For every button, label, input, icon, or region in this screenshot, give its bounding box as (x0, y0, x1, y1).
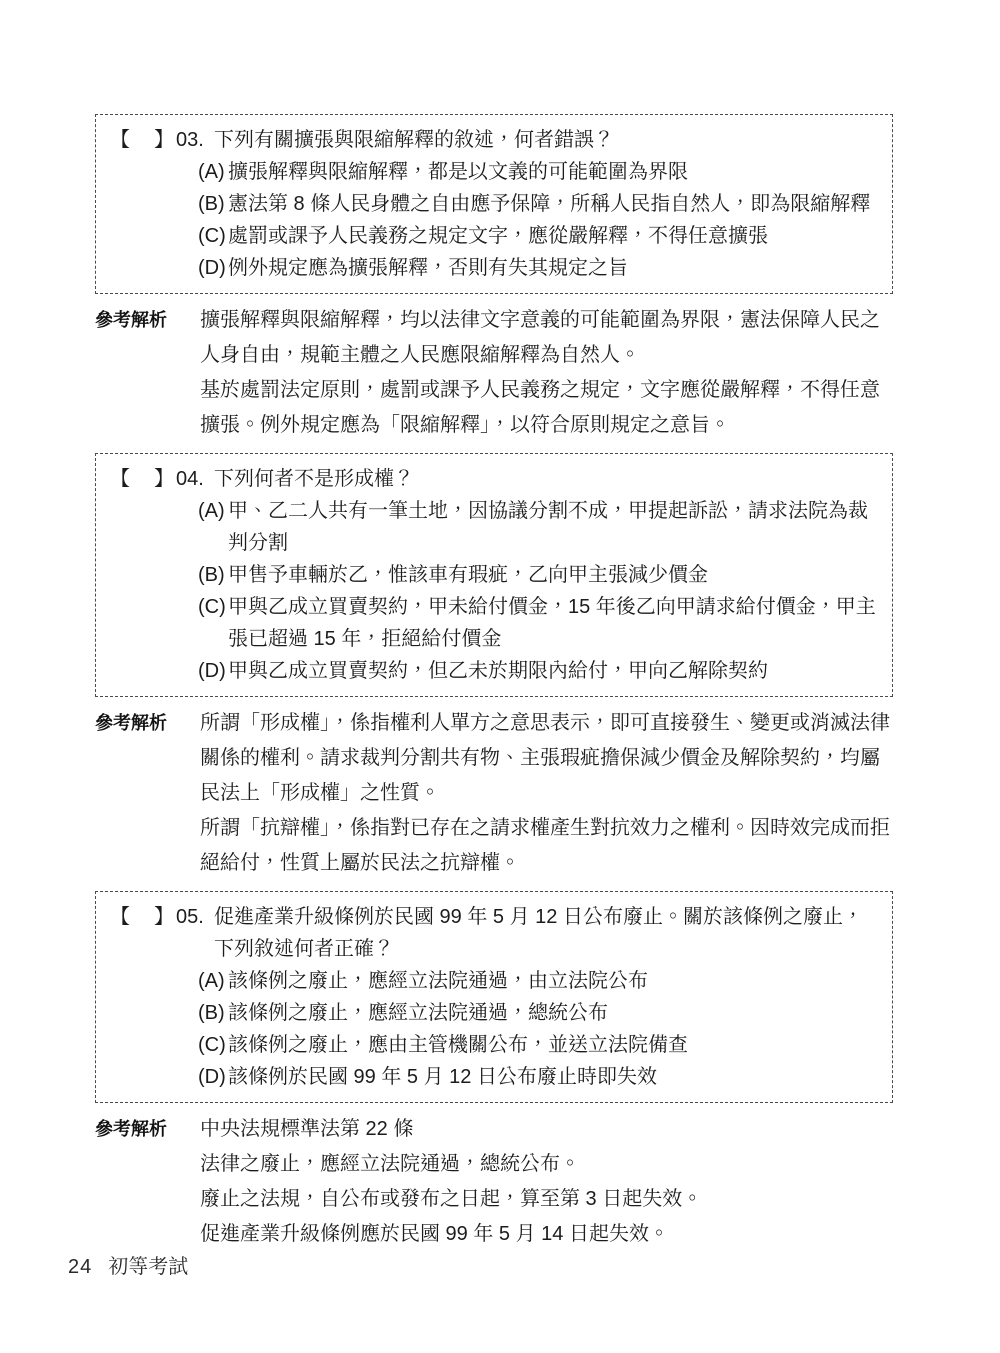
answer-bracket: 【 】 (110, 124, 176, 156)
question-number: 04. (176, 463, 214, 495)
question-number: 05. (176, 901, 214, 933)
option-row-c: (C) 甲與乙成立買賣契約，甲未給付價金，15 年後乙向甲請求給付價金，甲主張已… (198, 591, 880, 655)
page-footer: 24 初等考試 (68, 1250, 188, 1279)
option-text: 該條例之廢止，應經立法院通過，總統公布 (228, 997, 880, 1029)
options-list: (A) 甲、乙二人共有一筆土地，因協議分割不成，甲提起訴訟，請求法院為裁判分割 … (198, 495, 880, 687)
option-row-a: (A) 該條例之廢止，應經立法院通過，由立法院公布 (198, 965, 880, 997)
option-text: 該條例之廢止，應經立法院通過，由立法院公布 (228, 965, 880, 997)
option-text: 處罰或課予人民義務之規定文字，應從嚴解釋，不得任意擴張 (228, 220, 880, 252)
answer-bracket: 【 】 (110, 463, 176, 495)
question-stem-row: 【 】 04. 下列何者不是形成權？ (110, 463, 880, 495)
option-label: (C) (198, 220, 228, 252)
option-row-b: (B) 憲法第 8 條人民身體之自由應予保障，所稱人民指自然人，即為限縮解釋 (198, 188, 880, 220)
option-row-c: (C) 處罰或課予人民義務之規定文字，應從嚴解釋，不得任意擴張 (198, 220, 880, 252)
option-text: 甲、乙二人共有一筆土地，因協議分割不成，甲提起訴訟，請求法院為裁判分割 (228, 495, 880, 559)
option-label: (D) (198, 1061, 228, 1093)
option-text: 例外規定應為擴張解釋，否則有失其規定之旨 (228, 252, 880, 284)
analysis-paragraph: 基於處罰法定原則，處罰或課予人民義務之規定，文字應從嚴解釋，不得任意擴張。例外規… (200, 373, 895, 443)
option-row-b: (B) 甲售予車輛於乙，惟該車有瑕疵，乙向甲主張減少價金 (198, 559, 880, 591)
option-text: 憲法第 8 條人民身體之自由應予保障，所稱人民指自然人，即為限縮解釋 (228, 188, 880, 220)
option-text: 擴張解釋與限縮解釋，都是以文義的可能範圍為界限 (228, 156, 880, 188)
question-stem: 下列何者不是形成權？ (214, 463, 880, 495)
question-stem-row: 【 】 03. 下列有關擴張與限縮解釋的敘述，何者錯誤？ (110, 124, 880, 156)
option-text: 該條例之廢止，應由主管機關公布，並送立法院備查 (228, 1029, 880, 1061)
option-label: (D) (198, 655, 228, 687)
analysis-section-04: 參考解析 所謂「形成權」，係指權利人單方之意思表示，即可直接發生、變更或消滅法律… (95, 706, 1000, 881)
analysis-paragraph: 所謂「抗辯權」，係指對已存在之請求權產生對抗效力之權利。因時效完成而拒絕給付，性… (200, 811, 895, 881)
analysis-label: 參考解析 (95, 303, 200, 338)
option-label: (B) (198, 997, 228, 1029)
option-row-c: (C) 該條例之廢止，應由主管機關公布，並送立法院備查 (198, 1029, 880, 1061)
question-box-03: 【 】 03. 下列有關擴張與限縮解釋的敘述，何者錯誤？ (A) 擴張解釋與限縮… (95, 114, 893, 294)
analysis-section-05: 參考解析 中央法規標準法第 22 條 法律之廢止，應經立法院通過，總統公布。 廢… (95, 1112, 1000, 1252)
section-title: 初等考試 (108, 1250, 188, 1279)
option-row-a: (A) 擴張解釋與限縮解釋，都是以文義的可能範圍為界限 (198, 156, 880, 188)
analysis-paragraph: 中央法規標準法第 22 條 (200, 1112, 895, 1147)
option-text: 甲與乙成立買賣契約，甲未給付價金，15 年後乙向甲請求給付價金，甲主張已超過 1… (228, 591, 880, 655)
question-stem: 促進產業升級條例於民國 99 年 5 月 12 日公布廢止。關於該條例之廢止，下… (214, 901, 880, 965)
analysis-paragraph: 法律之廢止，應經立法院通過，總統公布。 (200, 1147, 895, 1182)
analysis-section-03: 參考解析 擴張解釋與限縮解釋，均以法律文字意義的可能範圍為界限，憲法保障人民之人… (95, 303, 1000, 443)
question-box-05: 【 】 05. 促進產業升級條例於民國 99 年 5 月 12 日公布廢止。關於… (95, 891, 893, 1103)
option-label: (D) (198, 252, 228, 284)
analysis-body: 中央法規標準法第 22 條 法律之廢止，應經立法院通過，總統公布。 廢止之法規，… (200, 1112, 895, 1252)
analysis-paragraph: 所謂「形成權」，係指權利人單方之意思表示，即可直接發生、變更或消滅法律關係的權利… (200, 706, 895, 811)
question-stem-row: 【 】 05. 促進產業升級條例於民國 99 年 5 月 12 日公布廢止。關於… (110, 901, 880, 965)
analysis-label: 參考解析 (95, 706, 200, 741)
analysis-paragraph: 促進產業升級條例應於民國 99 年 5 月 14 日起失效。 (200, 1217, 895, 1252)
analysis-body: 擴張解釋與限縮解釋，均以法律文字意義的可能範圍為界限，憲法保障人民之人身自由，規… (200, 303, 895, 443)
book-page: { "questions": [ { "answer_box": "【 】", … (0, 0, 1000, 1353)
option-label: (C) (198, 1029, 228, 1061)
option-row-d: (D) 甲與乙成立買賣契約，但乙未於期限內給付，甲向乙解除契約 (198, 655, 880, 687)
analysis-paragraph: 擴張解釋與限縮解釋，均以法律文字意義的可能範圍為界限，憲法保障人民之人身自由，規… (200, 303, 895, 373)
analysis-paragraph: 廢止之法規，自公布或發布之日起，算至第 3 日起失效。 (200, 1182, 895, 1217)
option-label: (A) (198, 495, 228, 527)
question-box-04: 【 】 04. 下列何者不是形成權？ (A) 甲、乙二人共有一筆土地，因協議分割… (95, 453, 893, 697)
option-label: (A) (198, 156, 228, 188)
option-label: (B) (198, 188, 228, 220)
analysis-label: 參考解析 (95, 1112, 200, 1147)
option-text: 甲與乙成立買賣契約，但乙未於期限內給付，甲向乙解除契約 (228, 655, 880, 687)
option-text: 該條例於民國 99 年 5 月 12 日公布廢止時即失效 (228, 1061, 880, 1093)
options-list: (A) 該條例之廢止，應經立法院通過，由立法院公布 (B) 該條例之廢止，應經立… (198, 965, 880, 1093)
page-number: 24 (68, 1256, 92, 1279)
option-label: (C) (198, 591, 228, 623)
answer-bracket: 【 】 (110, 901, 176, 933)
option-row-d: (D) 例外規定應為擴張解釋，否則有失其規定之旨 (198, 252, 880, 284)
option-label: (A) (198, 965, 228, 997)
option-label: (B) (198, 559, 228, 591)
analysis-body: 所謂「形成權」，係指權利人單方之意思表示，即可直接發生、變更或消滅法律關係的權利… (200, 706, 895, 881)
option-row-a: (A) 甲、乙二人共有一筆土地，因協議分割不成，甲提起訴訟，請求法院為裁判分割 (198, 495, 880, 559)
option-text: 甲售予車輛於乙，惟該車有瑕疵，乙向甲主張減少價金 (228, 559, 880, 591)
option-row-d: (D) 該條例於民國 99 年 5 月 12 日公布廢止時即失效 (198, 1061, 880, 1093)
question-stem: 下列有關擴張與限縮解釋的敘述，何者錯誤？ (214, 124, 880, 156)
option-row-b: (B) 該條例之廢止，應經立法院通過，總統公布 (198, 997, 880, 1029)
question-number: 03. (176, 124, 214, 156)
options-list: (A) 擴張解釋與限縮解釋，都是以文義的可能範圍為界限 (B) 憲法第 8 條人… (198, 156, 880, 284)
